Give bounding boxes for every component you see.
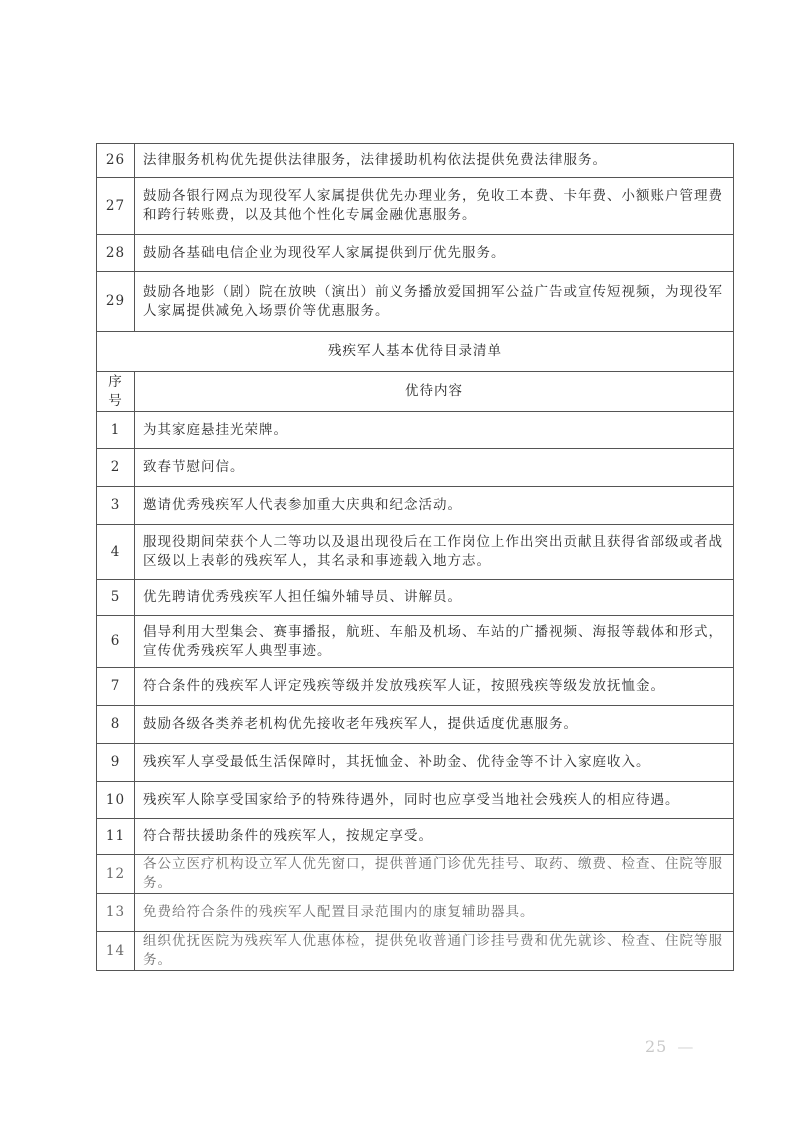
- row-content: 免费给符合条件的残疾军人配置目录范围内的康复辅助器具。: [135, 894, 734, 932]
- row-number: 14: [97, 932, 135, 971]
- row-number: 26: [97, 144, 135, 178]
- table-row: 9 残疾军人享受最低生活保障时，其抚恤金、补助金、优待金等不计入家庭收入。: [97, 744, 734, 782]
- row-number: 4: [97, 525, 135, 580]
- row-content: 鼓励各基础电信企业为现役军人家属提供到厅优先服务。: [135, 235, 734, 272]
- table-row: 11 符合帮扶援助条件的残疾军人，按规定享受。: [97, 819, 734, 855]
- row-content: 法律服务机构优先提供法律服务，法律援助机构依法提供免费法律服务。: [135, 144, 734, 178]
- row-number: 1: [97, 412, 135, 449]
- table-row: 12 各公立医疗机构设立军人优先窗口，提供普通门诊优先挂号、取药、缴费、检查、住…: [97, 855, 734, 894]
- row-number: 8: [97, 706, 135, 744]
- row-content: 残疾军人除享受国家给予的特殊待遇外，同时也应享受当地社会残疾人的相应待遇。: [135, 782, 734, 819]
- row-content: 倡导利用大型集会、赛事播报，航班、车船及机场、车站的广播视频、海报等载体和形式，…: [135, 616, 734, 668]
- table-row: 6 倡导利用大型集会、赛事播报，航班、车船及机场、车站的广播视频、海报等载体和形…: [97, 616, 734, 668]
- table-row: 8 鼓励各级各类养老机构优先接收老年残疾军人，提供适度优惠服务。: [97, 706, 734, 744]
- row-number: 5: [97, 580, 135, 616]
- row-number: 11: [97, 819, 135, 855]
- section-title: 残疾军人基本优待目录清单: [97, 332, 734, 372]
- table-row: 27 鼓励各银行网点为现役军人家属提供优先办理业务，免收工本费、卡年费、小额账户…: [97, 178, 734, 235]
- row-content: 邀请优秀残疾军人代表参加重大庆典和纪念活动。: [135, 487, 734, 525]
- table-row: 2 致春节慰问信。: [97, 449, 734, 487]
- row-number: 28: [97, 235, 135, 272]
- document-page: 26 法律服务机构优先提供法律服务，法律援助机构依法提供免费法律服务。 27 鼓…: [0, 0, 793, 1121]
- section-title-row: 残疾军人基本优待目录清单: [97, 332, 734, 372]
- row-content: 鼓励各级各类养老机构优先接收老年残疾军人，提供适度优惠服务。: [135, 706, 734, 744]
- row-number: 29: [97, 272, 135, 332]
- page-number-value: 25: [645, 1037, 667, 1056]
- column-header-content: 优待内容: [135, 372, 734, 412]
- row-number: 6: [97, 616, 135, 668]
- row-content: 各公立医疗机构设立军人优先窗口，提供普通门诊优先挂号、取药、缴费、检查、住院等服…: [135, 855, 734, 894]
- row-number: 13: [97, 894, 135, 932]
- table-row: 13 免费给符合条件的残疾军人配置目录范围内的康复辅助器具。: [97, 894, 734, 932]
- row-content: 符合帮扶援助条件的残疾军人，按规定享受。: [135, 819, 734, 855]
- row-number: 12: [97, 855, 135, 894]
- table-row: 14 组织优抚医院为残疾军人优惠体检，提供免收普通门诊挂号费和优先就诊、检查、住…: [97, 932, 734, 971]
- row-content: 残疾军人享受最低生活保障时，其抚恤金、补助金、优待金等不计入家庭收入。: [135, 744, 734, 782]
- page-number: 25—: [645, 1037, 694, 1056]
- row-number: 9: [97, 744, 135, 782]
- row-number: 10: [97, 782, 135, 819]
- row-content: 服现役期间荣获个人二等功以及退出现役后在工作岗位上作出突出贡献且获得省部级或者战…: [135, 525, 734, 580]
- row-content: 致春节慰问信。: [135, 449, 734, 487]
- row-content: 符合条件的残疾军人评定残疾等级并发放残疾军人证，按照残疾等级发放抚恤金。: [135, 668, 734, 706]
- benefits-table: 26 法律服务机构优先提供法律服务，法律援助机构依法提供免费法律服务。 27 鼓…: [96, 143, 734, 971]
- table-row: 7 符合条件的残疾军人评定残疾等级并发放残疾军人证，按照残疾等级发放抚恤金。: [97, 668, 734, 706]
- column-header-number: 序号: [97, 372, 135, 412]
- table-row: 1 为其家庭悬挂光荣牌。: [97, 412, 734, 449]
- row-number: 3: [97, 487, 135, 525]
- table-header-row: 序号 优待内容: [97, 372, 734, 412]
- table-row: 3 邀请优秀残疾军人代表参加重大庆典和纪念活动。: [97, 487, 734, 525]
- row-number: 27: [97, 178, 135, 235]
- table-row: 26 法律服务机构优先提供法律服务，法律援助机构依法提供免费法律服务。: [97, 144, 734, 178]
- row-number: 2: [97, 449, 135, 487]
- row-content: 为其家庭悬挂光荣牌。: [135, 412, 734, 449]
- table-row: 10 残疾军人除享受国家给予的特殊待遇外，同时也应享受当地社会残疾人的相应待遇。: [97, 782, 734, 819]
- row-content: 鼓励各银行网点为现役军人家属提供优先办理业务，免收工本费、卡年费、小额账户管理费…: [135, 178, 734, 235]
- table-row: 29 鼓励各地影（剧）院在放映（演出）前义务播放爱国拥军公益广告或宣传短视频，为…: [97, 272, 734, 332]
- row-content: 优先聘请优秀残疾军人担任编外辅导员、讲解员。: [135, 580, 734, 616]
- row-content: 组织优抚医院为残疾军人优惠体检，提供免收普通门诊挂号费和优先就诊、检查、住院等服…: [135, 932, 734, 971]
- table-row: 5 优先聘请优秀残疾军人担任编外辅导员、讲解员。: [97, 580, 734, 616]
- row-content: 鼓励各地影（剧）院在放映（演出）前义务播放爱国拥军公益广告或宣传短视频，为现役军…: [135, 272, 734, 332]
- row-number: 7: [97, 668, 135, 706]
- table-row: 4 服现役期间荣获个人二等功以及退出现役后在工作岗位上作出突出贡献且获得省部级或…: [97, 525, 734, 580]
- table-row: 28 鼓励各基础电信企业为现役军人家属提供到厅优先服务。: [97, 235, 734, 272]
- page-number-dash: —: [677, 1037, 694, 1056]
